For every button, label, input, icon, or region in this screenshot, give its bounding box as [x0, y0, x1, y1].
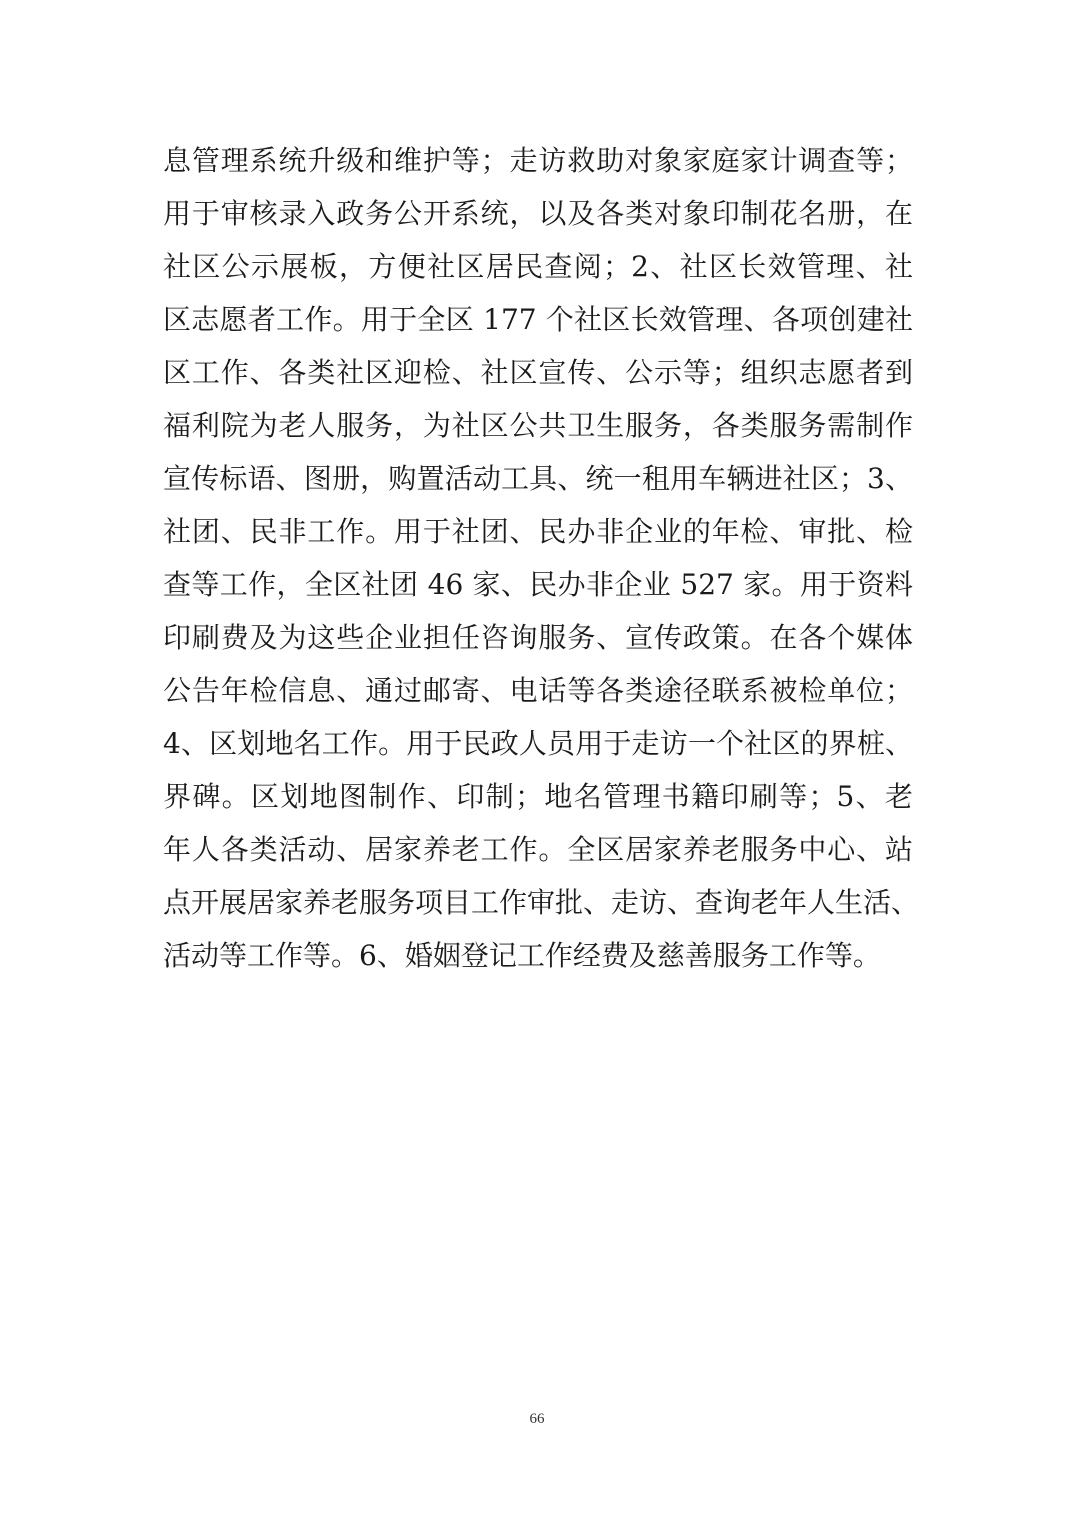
page-number: 66 [0, 1411, 1074, 1428]
text-line: 点开展居家养老服务项目工作审批、走访、查询老年人生活、 [163, 876, 913, 929]
text-line: 年人各类活动、居家养老工作。全区居家养老服务中心、站 [163, 823, 913, 876]
text-line: 用于审核录入政务公开系统，以及各类对象印制花名册，在 [163, 187, 913, 240]
text-line: 社区公示展板，方便社区居民查阅；2、社区长效管理、社 [163, 240, 913, 293]
text-line: 4、区划地名工作。用于民政人员用于走访一个社区的界桩、 [163, 717, 913, 770]
text-line: 福利院为老人服务，为社区公共卫生服务，各类服务需制作 [163, 399, 913, 452]
text-line: 区工作、各类社区迎检、社区宣传、公示等；组织志愿者到 [163, 346, 913, 399]
text-line: 查等工作，全区社团 46 家、民办非企业 527 家。用于资料 [163, 558, 913, 611]
text-line: 界碑。区划地图制作、印制；地名管理书籍印刷等；5、老 [163, 770, 913, 823]
text-line: 活动等工作等。6、婚姻登记工作经费及慈善服务工作等。 [163, 929, 913, 982]
document-page: 息管理系统升级和维护等；走访救助对象家庭家计调查等； 用于审核录入政务公开系统，… [0, 0, 1074, 1520]
text-line: 印刷费及为这些企业担任咨询服务、宣传政策。在各个媒体 [163, 611, 913, 664]
body-paragraph: 息管理系统升级和维护等；走访救助对象家庭家计调查等； 用于审核录入政务公开系统，… [163, 134, 913, 982]
text-line: 宣传标语、图册，购置活动工具、统一租用车辆进社区；3、 [163, 452, 913, 505]
text-line: 公告年检信息、通过邮寄、电话等各类途径联系被检单位； [163, 664, 913, 717]
text-line: 息管理系统升级和维护等；走访救助对象家庭家计调查等； [163, 134, 913, 187]
text-line: 社团、民非工作。用于社团、民办非企业的年检、审批、检 [163, 505, 913, 558]
text-line: 区志愿者工作。用于全区 177 个社区长效管理、各项创建社 [163, 293, 913, 346]
